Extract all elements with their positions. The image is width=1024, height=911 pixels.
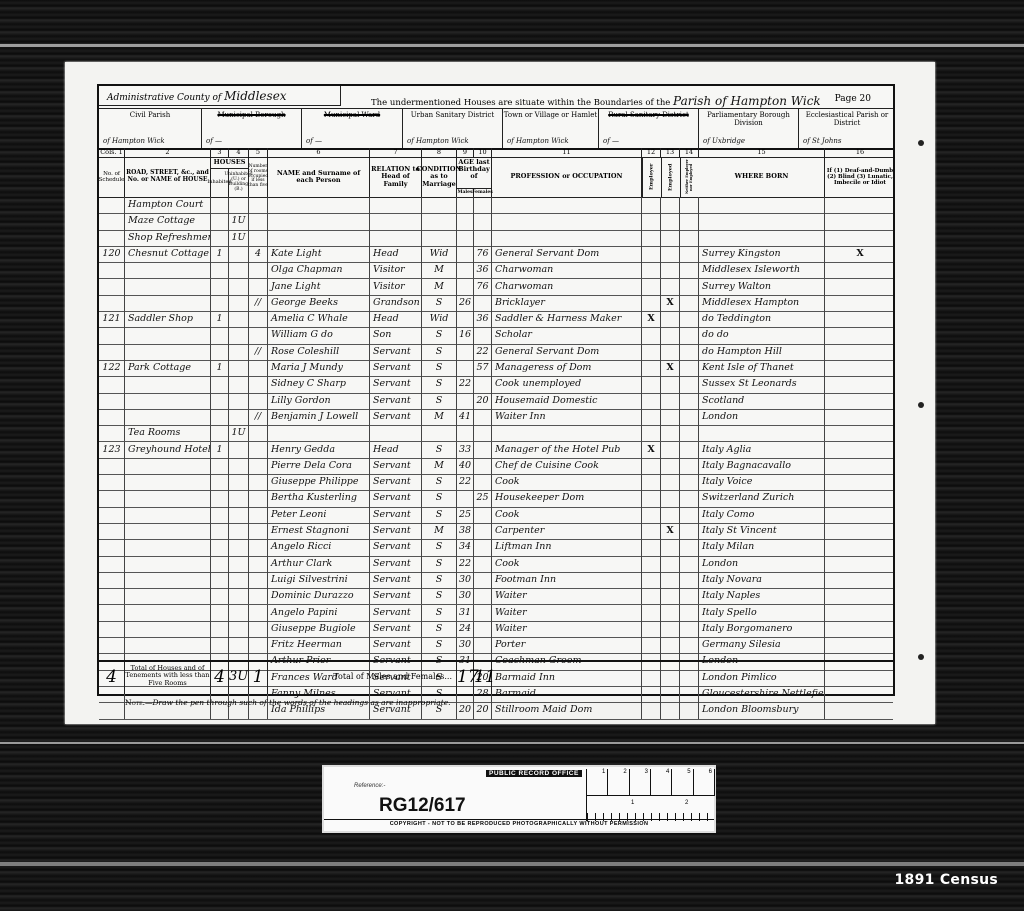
cell-rel: Head bbox=[370, 311, 422, 327]
cell-f bbox=[474, 442, 492, 458]
cell-born: do Hampton Hill bbox=[699, 344, 825, 360]
district-value: of Uxbridge bbox=[703, 137, 745, 145]
cell-cond: M bbox=[422, 458, 457, 474]
cell-cond: S bbox=[422, 393, 457, 409]
cell-rel: Servant bbox=[370, 458, 422, 474]
cell-emp bbox=[642, 637, 661, 653]
reference-card: PUBLIC RECORD OFFICE Reference:- RG12/61… bbox=[322, 765, 716, 833]
cell-nei bbox=[680, 327, 699, 343]
cell-inf bbox=[825, 605, 895, 621]
cell-sched bbox=[99, 605, 125, 621]
cell-inf bbox=[825, 376, 895, 392]
cell-rel: Servant bbox=[370, 588, 422, 604]
cell-inh bbox=[211, 556, 229, 572]
cell-road: Shop Refreshment bbox=[125, 230, 211, 246]
cell-name: Dominic Durazzo bbox=[268, 588, 370, 604]
cell-sched bbox=[99, 458, 125, 474]
cell-m bbox=[457, 213, 474, 229]
cell-occ: General Servant Dom bbox=[492, 344, 642, 360]
cell-sched bbox=[99, 539, 125, 555]
cell-name: Fritz Heerman bbox=[268, 637, 370, 653]
header-relation: RELATION to Head of Family bbox=[370, 157, 422, 197]
cell-rel: Servant bbox=[370, 490, 422, 506]
cell-rooms bbox=[249, 556, 268, 572]
page-number: Page 20 bbox=[835, 94, 871, 104]
cell-inf bbox=[825, 556, 895, 572]
cell-inh bbox=[211, 425, 229, 441]
cell-nei bbox=[680, 393, 699, 409]
cell-unin bbox=[229, 458, 249, 474]
district-urban-sanitary: Urban Sanitary Districtof Hampton Wick bbox=[403, 108, 503, 148]
cell-f: 36 bbox=[474, 262, 492, 278]
cell-born bbox=[699, 230, 825, 246]
cell-cond: S bbox=[422, 605, 457, 621]
cell-f bbox=[474, 295, 492, 311]
cell-inf bbox=[825, 507, 895, 523]
cell-born: Middlesex Isleworth bbox=[699, 262, 825, 278]
admin-county: Administrative County of Middlesex bbox=[99, 86, 341, 106]
district-label: Municipal Ward bbox=[302, 108, 402, 119]
cell-m: 26 bbox=[457, 295, 474, 311]
cell-emp bbox=[642, 621, 661, 637]
cell-cond: S bbox=[422, 588, 457, 604]
cell-nei bbox=[680, 572, 699, 588]
cell-sched: 121 bbox=[99, 311, 125, 327]
header-neither: Neither Employer nor Employed bbox=[680, 157, 699, 197]
cell-inh bbox=[211, 588, 229, 604]
cell-inf bbox=[825, 425, 895, 441]
cell-born: Italy Naples bbox=[699, 588, 825, 604]
cell-cond: S bbox=[422, 572, 457, 588]
cell-occ: Cook bbox=[492, 507, 642, 523]
cell-born: Scotland bbox=[699, 393, 825, 409]
table-row: Sidney C SharpServantS22Cook unemployedS… bbox=[99, 376, 893, 393]
table-row: William G doSonS16Scholardo do bbox=[99, 327, 893, 344]
cell-occ: Footman Inn bbox=[492, 572, 642, 588]
cell-unin bbox=[229, 637, 249, 653]
cell-cond: M bbox=[422, 279, 457, 295]
cell-cond: S bbox=[422, 490, 457, 506]
cell-cond bbox=[422, 213, 457, 229]
cell-inf bbox=[825, 230, 895, 246]
cell-unin bbox=[229, 279, 249, 295]
admin-county-value: Middlesex bbox=[224, 89, 286, 103]
cell-empd bbox=[661, 246, 680, 262]
district-value: of — bbox=[306, 137, 322, 145]
cell-emp bbox=[642, 246, 661, 262]
cell-emp bbox=[642, 507, 661, 523]
cell-born: Italy Voice bbox=[699, 474, 825, 490]
cell-born: Surrey Walton bbox=[699, 279, 825, 295]
cell-occ: Stillroom Maid Dom bbox=[492, 702, 642, 718]
cell-cond: S bbox=[422, 376, 457, 392]
cell-road bbox=[125, 344, 211, 360]
cell-occ: Liftman Inn bbox=[492, 539, 642, 555]
cell-occ bbox=[492, 230, 642, 246]
table-row: Giuseppe PhilippeServantS22CookItaly Voi… bbox=[99, 474, 893, 491]
cell-inh bbox=[211, 295, 229, 311]
cell-road: Hampton Court bbox=[125, 197, 211, 213]
cell-born: Italy Spello bbox=[699, 605, 825, 621]
cell-m: 34 bbox=[457, 539, 474, 555]
table-row: Ernest StagnoniServantM38CarpenterXItaly… bbox=[99, 523, 893, 540]
cell-unin bbox=[229, 295, 249, 311]
form-note: Note.—Draw the pen through such of the w… bbox=[125, 698, 451, 707]
header-rooms: Number of rooms occupied if less than fi… bbox=[249, 157, 268, 197]
cell-road: Maze Cottage bbox=[125, 213, 211, 229]
col-num: 9 bbox=[457, 148, 474, 157]
cell-born: do do bbox=[699, 327, 825, 343]
cell-rel: Servant bbox=[370, 409, 422, 425]
cell-f: 22 bbox=[474, 344, 492, 360]
cell-rel: Servant bbox=[370, 523, 422, 539]
form-header: Administrative County of Middlesex The u… bbox=[99, 86, 893, 109]
cell-emp bbox=[642, 572, 661, 588]
cell-m bbox=[457, 197, 474, 213]
cell-inf bbox=[825, 637, 895, 653]
cell-sched bbox=[99, 409, 125, 425]
cell-rel: Visitor bbox=[370, 262, 422, 278]
cell-rel: Servant bbox=[370, 393, 422, 409]
cell-f bbox=[474, 197, 492, 213]
cell-f bbox=[474, 556, 492, 572]
cell-emp bbox=[642, 425, 661, 441]
cell-nei bbox=[680, 458, 699, 474]
cell-occ bbox=[492, 213, 642, 229]
cell-emp bbox=[642, 702, 661, 718]
cell-occ: Housemaid Domestic bbox=[492, 393, 642, 409]
col-num: 13 bbox=[661, 148, 680, 157]
cell-m: 16 bbox=[457, 327, 474, 343]
cell-rooms bbox=[249, 425, 268, 441]
cell-empd: X bbox=[661, 360, 680, 376]
reference-value: RG12/617 bbox=[379, 795, 466, 817]
cell-m: 31 bbox=[457, 605, 474, 621]
cell-sched bbox=[99, 702, 125, 718]
scale-tick: 3 bbox=[630, 769, 651, 795]
cell-nei bbox=[680, 442, 699, 458]
total-houses-label: Total of Houses and of Tenements with le… bbox=[125, 662, 211, 694]
cell-m bbox=[457, 311, 474, 327]
cell-empd bbox=[661, 637, 680, 653]
cell-nei bbox=[680, 702, 699, 718]
cell-nei bbox=[680, 376, 699, 392]
cell-sched: 123 bbox=[99, 442, 125, 458]
table-row: Giuseppe BugioleServantS24WaiterItaly Bo… bbox=[99, 621, 893, 638]
cell-inf bbox=[825, 490, 895, 506]
cell-f bbox=[474, 425, 492, 441]
cell-empd bbox=[661, 279, 680, 295]
cell-f: 36 bbox=[474, 311, 492, 327]
cell-inh bbox=[211, 490, 229, 506]
cell-inh: 1 bbox=[211, 442, 229, 458]
district-label: Municipal Borough bbox=[202, 108, 301, 119]
cell-f: 20 bbox=[474, 702, 492, 718]
cell-inf bbox=[825, 523, 895, 539]
cell-m bbox=[457, 246, 474, 262]
cell-occ: Charwoman bbox=[492, 279, 642, 295]
cell-born: Italy Borgomanero bbox=[699, 621, 825, 637]
cell-rooms bbox=[249, 442, 268, 458]
cell-name bbox=[268, 197, 370, 213]
cell-emp bbox=[642, 262, 661, 278]
cell-road: Saddler Shop bbox=[125, 311, 211, 327]
col-num: 8 bbox=[422, 148, 457, 157]
cell-nei bbox=[680, 311, 699, 327]
cell-cond: S bbox=[422, 637, 457, 653]
cell-inh: 1 bbox=[211, 246, 229, 262]
cell-occ: Charwoman bbox=[492, 262, 642, 278]
cell-cond: S bbox=[422, 507, 457, 523]
cell-unin bbox=[229, 360, 249, 376]
cell-emp bbox=[642, 523, 661, 539]
cell-born: Germany Silesia bbox=[699, 637, 825, 653]
header-road: ROAD, STREET, &c., and No. or NAME of HO… bbox=[125, 157, 211, 197]
cell-inf: X bbox=[825, 246, 895, 262]
cell-m: 30 bbox=[457, 637, 474, 653]
cell-inh bbox=[211, 344, 229, 360]
cell-born: Italy Bagnacavallo bbox=[699, 458, 825, 474]
cell-rooms bbox=[249, 360, 268, 376]
cell-sched bbox=[99, 637, 125, 653]
cell-name: Arthur Clark bbox=[268, 556, 370, 572]
cell-inf bbox=[825, 539, 895, 555]
cell-born: Switzerland Zurich bbox=[699, 490, 825, 506]
cell-m: 40 bbox=[457, 458, 474, 474]
cell-unin bbox=[229, 327, 249, 343]
cell-road bbox=[125, 572, 211, 588]
cell-sched bbox=[99, 344, 125, 360]
cell-inh bbox=[211, 230, 229, 246]
cell-name bbox=[268, 425, 370, 441]
cell-born: Italy Milan bbox=[699, 539, 825, 555]
cell-rel: Grandson bbox=[370, 295, 422, 311]
cell-unin bbox=[229, 262, 249, 278]
cell-name bbox=[268, 213, 370, 229]
cell-emp: X bbox=[642, 311, 661, 327]
cell-empd bbox=[661, 197, 680, 213]
cell-emp bbox=[642, 376, 661, 392]
cell-nei bbox=[680, 539, 699, 555]
cell-born: Italy Como bbox=[699, 507, 825, 523]
cell-rooms bbox=[249, 393, 268, 409]
cell-cond: S bbox=[422, 621, 457, 637]
cell-road bbox=[125, 605, 211, 621]
cell-road bbox=[125, 539, 211, 555]
cell-inh bbox=[211, 197, 229, 213]
cell-road: Greyhound Hotel bbox=[125, 442, 211, 458]
scale-tick: 1 bbox=[587, 769, 608, 795]
cell-inf bbox=[825, 393, 895, 409]
cell-f: 20 bbox=[474, 393, 492, 409]
cell-rel bbox=[370, 425, 422, 441]
district-municipal-borough: Municipal Boroughof — bbox=[202, 108, 302, 148]
district-value: of Hampton Wick bbox=[507, 137, 569, 145]
cell-sched bbox=[99, 327, 125, 343]
cell-sched bbox=[99, 621, 125, 637]
cell-m bbox=[457, 262, 474, 278]
cell-empd bbox=[661, 605, 680, 621]
cell-sched bbox=[99, 507, 125, 523]
header-employed: Employed bbox=[661, 157, 680, 197]
cell-empd bbox=[661, 556, 680, 572]
cell-road: Tea Rooms bbox=[125, 425, 211, 441]
cell-rooms bbox=[249, 197, 268, 213]
table-row: Fritz HeermanServantS30PorterGermany Sil… bbox=[99, 637, 893, 654]
table-row: //Rose ColeshillServantS22General Servan… bbox=[99, 344, 893, 361]
cell-rel: Servant bbox=[370, 637, 422, 653]
cell-empd bbox=[661, 393, 680, 409]
cell-unin bbox=[229, 474, 249, 490]
cell-rooms bbox=[249, 621, 268, 637]
cell-name: Jane Light bbox=[268, 279, 370, 295]
cell-inf bbox=[825, 442, 895, 458]
cell-inf bbox=[825, 279, 895, 295]
cell-unin bbox=[229, 507, 249, 523]
cell-empd bbox=[661, 458, 680, 474]
scale-tick: 6 bbox=[694, 769, 715, 795]
cell-f: 25 bbox=[474, 490, 492, 506]
cell-rooms: // bbox=[249, 295, 268, 311]
cell-empd bbox=[661, 230, 680, 246]
cell-rooms bbox=[249, 213, 268, 229]
cell-empd bbox=[661, 588, 680, 604]
cell-m bbox=[457, 230, 474, 246]
cell-nei bbox=[680, 474, 699, 490]
cell-rel: Son bbox=[370, 327, 422, 343]
cell-m bbox=[457, 360, 474, 376]
cell-m: 24 bbox=[457, 621, 474, 637]
cell-cond: S bbox=[422, 344, 457, 360]
cell-born: Surrey Kingston bbox=[699, 246, 825, 262]
cell-sched bbox=[99, 376, 125, 392]
cell-name: Luigi Silvestrini bbox=[268, 572, 370, 588]
cell-f: 57 bbox=[474, 360, 492, 376]
table-row: 123Greyhound Hotel1Henry GeddaHeadS33Man… bbox=[99, 442, 893, 459]
cell-emp bbox=[642, 197, 661, 213]
cell-inh bbox=[211, 572, 229, 588]
cell-nei bbox=[680, 425, 699, 441]
cell-unin bbox=[229, 621, 249, 637]
cell-f: 76 bbox=[474, 246, 492, 262]
table-row: Tea Rooms1U bbox=[99, 425, 893, 442]
cell-rooms bbox=[249, 474, 268, 490]
col-num: 14 bbox=[680, 148, 699, 157]
cell-rooms bbox=[249, 311, 268, 327]
cell-rel: Servant bbox=[370, 539, 422, 555]
cell-f bbox=[474, 474, 492, 490]
cell-inf bbox=[825, 409, 895, 425]
col-num: 6 bbox=[268, 148, 370, 157]
cell-inh: 1 bbox=[211, 311, 229, 327]
cell-nei bbox=[680, 197, 699, 213]
cell-rel bbox=[370, 230, 422, 246]
total-blank bbox=[492, 662, 895, 694]
scale-tick: 2 bbox=[685, 800, 688, 806]
district-label: Parliamentary Borough Division bbox=[699, 108, 798, 127]
cell-road bbox=[125, 621, 211, 637]
cell-nei bbox=[680, 262, 699, 278]
scale-tick: 2 bbox=[608, 769, 629, 795]
col-num: 16 bbox=[825, 148, 895, 157]
cell-name: Amelia C Whale bbox=[268, 311, 370, 327]
cell-empd bbox=[661, 442, 680, 458]
cell-name: Pierre Dela Cora bbox=[268, 458, 370, 474]
film-band bbox=[0, 742, 1024, 744]
table-row: //Benjamin J LowellServantM41Waiter InnL… bbox=[99, 409, 893, 426]
cell-road bbox=[125, 507, 211, 523]
cell-f bbox=[474, 230, 492, 246]
header-condition: CONDITION as to Marriage bbox=[422, 157, 457, 197]
cell-born: Italy Aglia bbox=[699, 442, 825, 458]
cell-rel: Servant bbox=[370, 507, 422, 523]
cell-rel: Servant bbox=[370, 360, 422, 376]
cell-m: 33 bbox=[457, 442, 474, 458]
cell-empd bbox=[661, 621, 680, 637]
header-females: Females bbox=[474, 188, 492, 197]
cell-name: William G do bbox=[268, 327, 370, 343]
district-civil-parish: Civil Parishof Hampton Wick bbox=[99, 108, 202, 148]
cell-name: Angelo Papini bbox=[268, 605, 370, 621]
cell-rooms bbox=[249, 458, 268, 474]
cell-cond bbox=[422, 425, 457, 441]
district-rural-sanitary: Rural Sanitary Districtof — bbox=[599, 108, 699, 148]
cell-road bbox=[125, 262, 211, 278]
cell-occ: Carpenter bbox=[492, 523, 642, 539]
col-num: 10 bbox=[474, 148, 492, 157]
cell-inh bbox=[211, 458, 229, 474]
cell-unin bbox=[229, 605, 249, 621]
punch-hole bbox=[918, 654, 924, 660]
cell-name: Maria J Mundy bbox=[268, 360, 370, 376]
cell-emp bbox=[642, 588, 661, 604]
cell-nei bbox=[680, 279, 699, 295]
cell-name: Henry Gedda bbox=[268, 442, 370, 458]
total-uninhabited: 3U bbox=[229, 662, 249, 694]
cell-inf bbox=[825, 702, 895, 718]
cell-m: 41 bbox=[457, 409, 474, 425]
district-value: of — bbox=[206, 137, 222, 145]
cell-inh bbox=[211, 279, 229, 295]
cell-born: London bbox=[699, 556, 825, 572]
cell-rooms bbox=[249, 327, 268, 343]
district-label: Civil Parish bbox=[99, 108, 201, 119]
cell-inf bbox=[825, 344, 895, 360]
cell-sched bbox=[99, 393, 125, 409]
cell-empd bbox=[661, 327, 680, 343]
cell-emp bbox=[642, 344, 661, 360]
district-value: of Hampton Wick bbox=[407, 137, 469, 145]
cell-emp bbox=[642, 213, 661, 229]
col-num: 5 bbox=[249, 148, 268, 157]
admin-county-label: Administrative County of bbox=[107, 93, 221, 103]
cell-cond: Wid bbox=[422, 311, 457, 327]
header-infirmity: If (1) Deaf-and-Dumb (2) Blind (3) Lunat… bbox=[825, 157, 895, 197]
cell-sched bbox=[99, 295, 125, 311]
cell-inh bbox=[211, 213, 229, 229]
cell-road bbox=[125, 637, 211, 653]
cell-road: Chesnut Cottage bbox=[125, 246, 211, 262]
cell-name: Giuseppe Bugiole bbox=[268, 621, 370, 637]
cell-name: Rose Coleshill bbox=[268, 344, 370, 360]
cell-empd bbox=[661, 425, 680, 441]
district-label: Rural Sanitary District bbox=[599, 108, 698, 119]
cell-sched bbox=[99, 279, 125, 295]
cell-name: George Beeks bbox=[268, 295, 370, 311]
col-num: 11 bbox=[492, 148, 642, 157]
cell-name: Bertha Kusterling bbox=[268, 490, 370, 506]
cell-rel: Servant bbox=[370, 572, 422, 588]
